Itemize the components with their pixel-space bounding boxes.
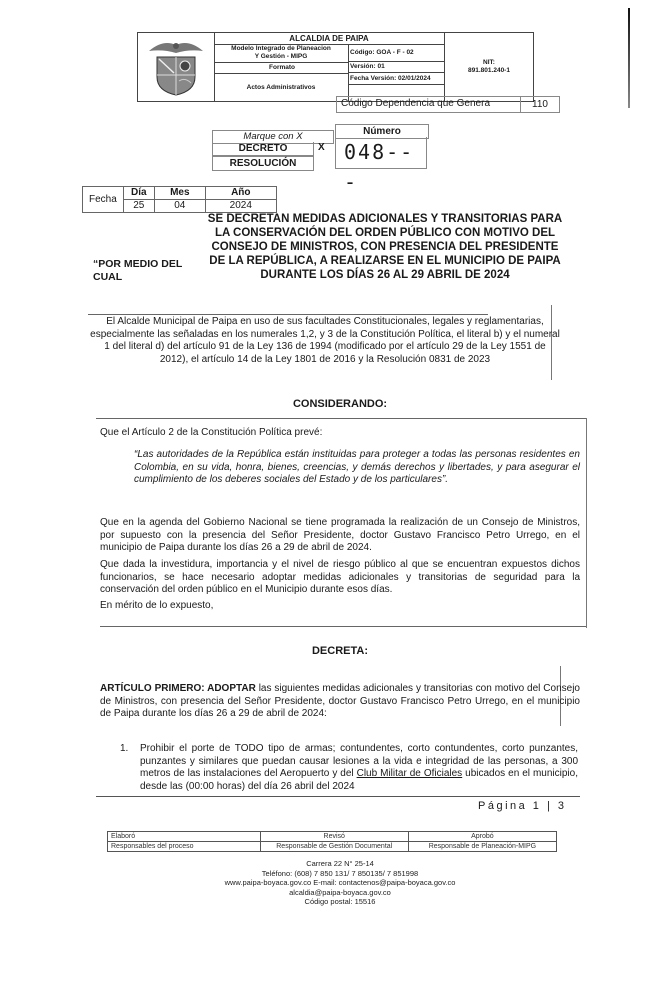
considerando-p1: Que el Artículo 2 de la Constitución Pol…	[100, 427, 580, 440]
model-column: Modelo Integrado de Planeacion Y Gestión…	[214, 44, 348, 102]
date-table: Fecha Día Mes Año 25 04 2024	[82, 186, 277, 213]
version: Versión: 01	[348, 62, 444, 73]
coat-of-arms-icon	[138, 33, 215, 101]
document-header-table: ALCALDIA DE PAIPA Modelo Integrado de Pl…	[137, 32, 534, 102]
considerando-p3: Que dada la investidura, importancia y e…	[100, 559, 580, 597]
considerando-p2: Que en la agenda del Gobierno Nacional s…	[100, 517, 580, 555]
day-value: 25	[123, 200, 154, 213]
elaboro-value: Responsables del proceso	[108, 842, 261, 852]
subject-prefix: “POR MEDIO DEL CUAL	[93, 258, 203, 284]
aprobo-value: Responsable de Planeación-MIPG	[408, 842, 556, 852]
item-1-text: Prohibir el porte de TODO tipo de armas;…	[140, 743, 578, 793]
month-label: Mes	[154, 187, 205, 200]
dependency-value: 110	[520, 97, 559, 112]
decreta-heading: DECRETA:	[250, 645, 430, 657]
address: Carrera 22 N° 25-14	[150, 859, 530, 869]
model-line-2: Y Gestión - MIPG	[214, 53, 348, 61]
article-first: ARTÍCULO PRIMERO: ADOPTAR las siguientes…	[100, 683, 580, 721]
considerando-p4: En mérito de lo expuesto,	[100, 600, 580, 613]
article-first-label: ARTÍCULO PRIMERO: ADOPTAR	[100, 683, 256, 694]
nit-value: 891.801.240-1	[468, 67, 510, 75]
item-number: 1.	[120, 743, 136, 756]
page-indicator: Página 1 | 3	[478, 800, 567, 812]
code-column: Código: GOA - F - 02 Versión: 01 Fecha V…	[348, 44, 444, 85]
email-alcaldia[interactable]: alcaldia@paipa-boyaca.gov.co	[150, 888, 530, 898]
dependency-code-box: Código Dependencia que Genera 110	[336, 96, 560, 113]
intro-paragraph: El Alcalde Municipal de Paipa en uso de …	[90, 316, 560, 366]
reviso-label: Revisó	[260, 832, 408, 842]
format-label: Formato	[214, 63, 348, 74]
selected-x-mark: X	[318, 142, 325, 153]
doc-type: Actos Administrativos	[214, 74, 348, 102]
year-label: Año	[205, 187, 276, 200]
month-value: 04	[154, 200, 205, 213]
nit-cell: NIT: 891.801.240-1	[445, 33, 533, 101]
nit-label: NIT:	[468, 59, 510, 67]
decreto-option: DECRETO	[212, 142, 314, 156]
elaboro-label: Elaboró	[108, 832, 261, 842]
version-date: Fecha Versión: 02/01/2024	[348, 73, 444, 85]
year-value: 2024	[205, 200, 276, 213]
dependency-label: Código Dependencia que Genera	[341, 98, 490, 109]
web-email[interactable]: www.paipa-boyaca.gov.co E-mail: contacte…	[150, 878, 530, 888]
constitution-quote: “Las autoridades de la República están i…	[134, 449, 580, 487]
approval-table: Elaboró Revisó Aprobó Responsables del p…	[107, 831, 557, 852]
code: Código: GOA - F - 02	[348, 44, 444, 62]
scan-edge-line	[628, 8, 630, 108]
reviso-value: Responsable de Gestión Documental	[260, 842, 408, 852]
date-label: Fecha	[83, 187, 124, 213]
aprobo-label: Aprobó	[408, 832, 556, 842]
phone: Teléfono: (608) 7 850 131/ 7 850135/ 7 8…	[150, 869, 530, 879]
resolucion-option: RESOLUCIÓN	[212, 156, 314, 171]
model-line-1: Modelo Integrado de Planeacion	[214, 45, 348, 53]
postal-code: Código postal: 15516	[150, 897, 530, 907]
subject-title: SE DECRETAN MEDIDAS ADICIONALES Y TRANSI…	[205, 212, 565, 282]
contact-block: Carrera 22 N° 25-14 Teléfono: (608) 7 85…	[150, 859, 530, 907]
club-militar-link: Club Militar de Oficiales	[357, 768, 463, 779]
day-label: Día	[123, 187, 154, 200]
decree-number: 048---	[335, 137, 427, 169]
considerando-heading: CONSIDERANDO:	[250, 398, 430, 410]
